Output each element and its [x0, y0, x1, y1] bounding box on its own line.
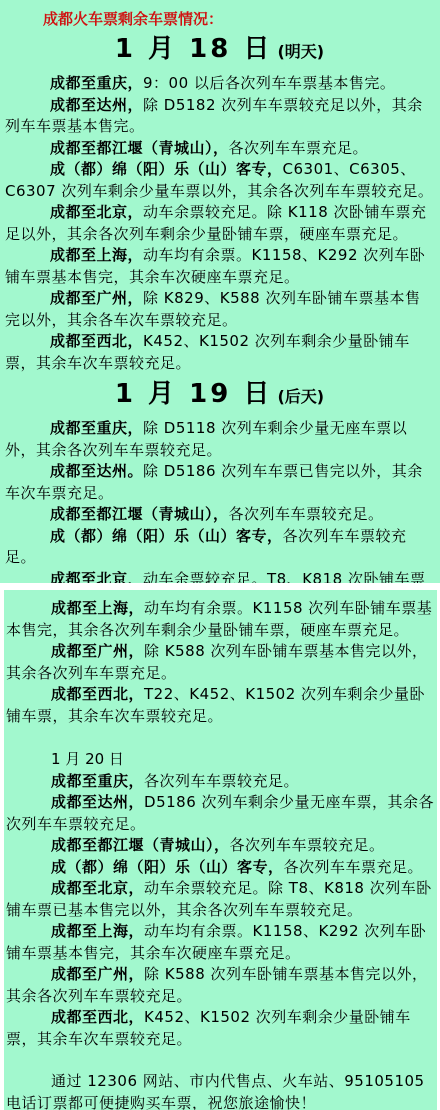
route-paragraph-jan18-dazhou: 成都至达州，除 D5182 次列车车票较充足以外，其余列车车票基本售完。 — [5, 95, 434, 138]
route-name: 成都至北京， — [50, 570, 143, 584]
route-name: 成都至广州， — [51, 965, 144, 983]
route-name: 成都至广州， — [50, 289, 143, 307]
route-paragraph-jan20-dujiangyan: 成都至都江堰（青城山），各次列车车票较充足。 — [6, 835, 434, 857]
route-paragraph-jan19-beijing: 成都至北京，动车余票较充足。T8、K818 次卧铺车票已售完，其余各次列车车票较… — [5, 569, 434, 584]
route-name: 成都至都江堰（青城山）， — [50, 139, 229, 157]
route-paragraph-jan19-shanghai: 成都至上海，动车均有余票。K1158 次列车卧铺车票基本售完，其余各次列车剩余少… — [6, 598, 434, 641]
route-paragraph-jan19-dazhou: 成都至达州。除 D5186 次列车车票已售完以外，其余车次车票充足。 — [5, 461, 434, 504]
route-paragraph-jan18-chongqing: 成都至重庆，9：00 以后各次列车车票基本售完。 — [5, 73, 434, 95]
route-status: 9：00 以后各次列车车票基本售完。 — [143, 74, 395, 92]
ticket-notice-page: 成都火车票剩余车票情况： 1 月 18 日 (明天) 成都至重庆，9：00 以后… — [0, 0, 440, 1110]
route-status: 各次列车车票充足。 — [284, 858, 424, 876]
route-paragraph-jan18-intercity: 成（都）绵（阳）乐（山）客专，C6301、C6305、C6307 次列车剩余少量… — [5, 159, 434, 202]
notice-segment-bottom: 成都至上海，动车均有余票。K1158 次列车卧铺车票基本售完，其余各次列车剩余少… — [0, 590, 440, 1110]
route-status: 各次列车车票较充足。 — [230, 836, 385, 854]
route-paragraph-jan20-dazhou: 成都至达州，D5186 次列车剩余少量无座车票，其余各次列车车票较充足。 — [6, 792, 434, 835]
route-name: 成都至西北， — [51, 685, 144, 703]
route-name: 成都至上海， — [51, 599, 144, 617]
route-name: 成都至达州， — [51, 793, 144, 811]
notice-segment-top: 成都火车票剩余车票情况： 1 月 18 日 (明天) 成都至重庆，9：00 以后… — [0, 0, 440, 583]
route-name: 成都至都江堰（青城山）， — [50, 505, 229, 523]
route-paragraph-jan19-guangzhou: 成都至广州，除 K588 次列车卧铺车票基本售完以外，其余各次列车车票充足。 — [6, 641, 434, 684]
route-paragraph-jan20-shanghai: 成都至上海，动车均有余票。K1158、K292 次列车卧铺车票基本售完，其余车次… — [6, 921, 434, 964]
date-heading-jan19: 1 月 19 日 (后天) — [5, 379, 434, 412]
route-name: 成都至重庆， — [51, 772, 144, 790]
route-name: 成都至都江堰（青城山）， — [51, 836, 230, 854]
route-name: 成都至北京， — [51, 879, 144, 897]
route-paragraph-jan19-chongqing: 成都至重庆，除 D5118 次列车剩余少量无座车票以外，其余各次列车车票较充足。 — [5, 418, 434, 461]
route-name: 成都至重庆， — [50, 74, 143, 92]
route-name: 成都至上海， — [51, 922, 144, 940]
route-status: 各次列车车票较充足。 — [144, 772, 299, 790]
route-name: 成都至广州， — [51, 642, 144, 660]
date-heading-jan18: 1 月 18 日 (明天) — [5, 34, 434, 67]
route-name: 成都至北京， — [50, 203, 143, 221]
page-title: 成都火车票剩余车票情况： — [43, 8, 434, 29]
route-name: 成都至西北， — [50, 332, 143, 350]
route-paragraph-jan18-guangzhou: 成都至广州，除 K829、K588 次列车卧铺车票基本售完以外，其余各车次车票较… — [5, 288, 434, 331]
route-paragraph-jan18-dujiangyan: 成都至都江堰（青城山），各次列车车票充足。 — [5, 138, 434, 160]
route-name: 成（都）绵（阳）乐（山）客专， — [50, 160, 283, 178]
route-name: 成都至重庆， — [50, 419, 143, 437]
route-name: 成（都）绵（阳）乐（山）客专， — [50, 527, 283, 545]
route-paragraph-jan18-shanghai: 成都至上海，动车均有余票。K1158、K292 次列车卧铺车票基本售完，其余车次… — [5, 245, 434, 288]
route-paragraph-jan20-beijing: 成都至北京，动车余票较充足。除 T8、K818 次列车卧铺车票已基本售完以外，其… — [6, 878, 434, 921]
date-heading-jan18-note: (明天) — [277, 42, 324, 61]
route-paragraph-jan20-intercity: 成（都）绵（阳）乐（山）客专，各次列车车票充足。 — [6, 857, 434, 879]
route-paragraph-jan19-xibei: 成都至西北，T22、K452、K1502 次列车剩余少量卧铺车票，其余车次车票较… — [6, 684, 434, 727]
route-status: 各次列车车票较充足。 — [229, 505, 384, 523]
date-heading-jan18-date: 1 月 18 日 — [115, 34, 272, 64]
route-status: 各次列车车票充足。 — [229, 139, 369, 157]
date-heading-jan19-note: (后天) — [277, 387, 324, 406]
route-name: 成都至达州， — [50, 96, 143, 114]
date-heading-jan19-date: 1 月 19 日 — [115, 379, 272, 409]
route-name: 成都至上海， — [50, 246, 143, 264]
route-paragraph-jan19-dujiangyan: 成都至都江堰（青城山），各次列车车票较充足。 — [5, 504, 434, 526]
route-paragraph-jan18-beijing: 成都至北京，动车余票较充足。除 K118 次卧铺车票充足以外，其余各次列车剩余少… — [5, 202, 434, 245]
date-label-jan20: 1 月 20 日 — [6, 749, 434, 771]
route-paragraph-jan20-xibei: 成都至西北，K452、K1502 次列车剩余少量卧铺车票，其余车次车票较充足。 — [6, 1007, 434, 1050]
booking-info-note: 通过 12306 网站、市内代售点、火车站、95105105 电话订票都可便捷购… — [6, 1071, 434, 1110]
route-paragraph-jan20-guangzhou: 成都至广州，除 K588 次列车卧铺车票基本售完以外，其余各次列车车票较充足。 — [6, 964, 434, 1007]
route-paragraph-jan20-chongqing: 成都至重庆，各次列车车票较充足。 — [6, 771, 434, 793]
route-name: 成都至达州。 — [50, 462, 143, 480]
route-paragraph-jan18-xibei: 成都至西北，K452、K1502 次列车剩余少量卧铺车票，其余车次车票较充足。 — [5, 331, 434, 374]
route-name: 成都至西北， — [51, 1008, 144, 1026]
route-name: 成（都）绵（阳）乐（山）客专， — [51, 858, 284, 876]
route-paragraph-jan19-intercity: 成（都）绵（阳）乐（山）客专，各次列车车票较充足。 — [5, 526, 434, 569]
segment-divider — [0, 583, 440, 590]
